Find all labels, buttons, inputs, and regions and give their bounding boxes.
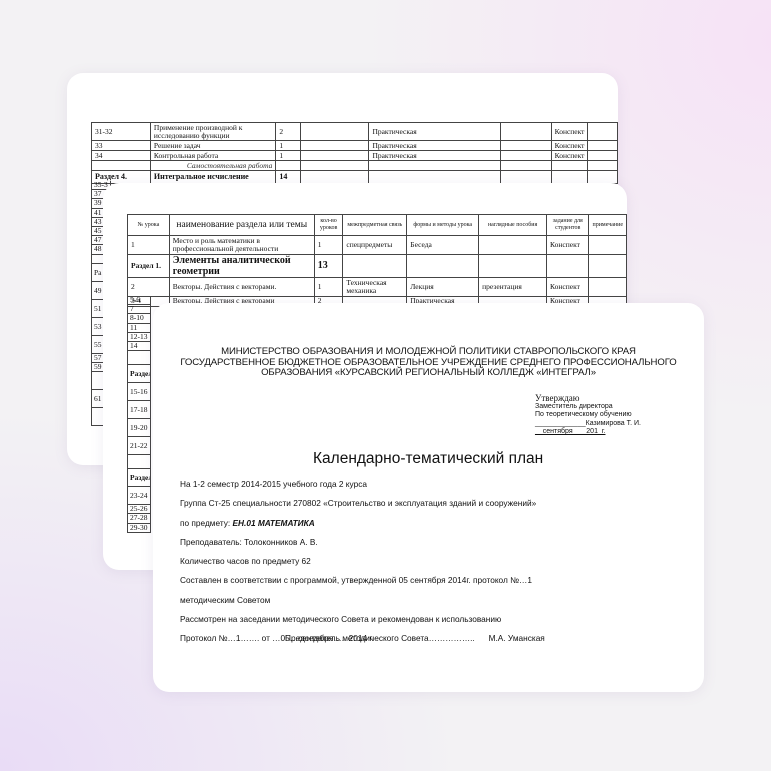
cell-link bbox=[301, 123, 369, 141]
col-header-hours: кол-во уроков bbox=[314, 215, 343, 236]
cell-name: Применение производной к исследованию фу… bbox=[150, 123, 275, 141]
cell-link: Техническая механика bbox=[343, 278, 407, 297]
teacher-line: Преподаватель: Толоконников А. В. bbox=[180, 533, 536, 552]
cell-form: Беседа bbox=[407, 236, 479, 255]
stub-cell: 15-16 bbox=[127, 383, 151, 401]
subject-value: ЕН.01 МАТЕМАТИКА bbox=[233, 518, 315, 528]
cell-aids bbox=[500, 151, 551, 161]
document-title: Календарно-тематический план bbox=[153, 450, 704, 468]
council-line: методическим Советом bbox=[180, 591, 536, 610]
self-work-label: Самостоятельная работа bbox=[150, 161, 275, 171]
cell-number: 1 bbox=[128, 236, 170, 255]
cell-task: Конспект bbox=[551, 141, 588, 151]
cell-hours: 1 bbox=[314, 278, 343, 297]
cell-form: Практическая bbox=[369, 141, 500, 151]
section-row: Раздел 4.Интегральное исчисление14 bbox=[92, 171, 618, 184]
cell-form: Практическая bbox=[369, 123, 500, 141]
cell-note bbox=[588, 141, 618, 151]
table-row: 1 Место и роль математики в профессионал… bbox=[128, 236, 627, 255]
stub-cell: 21-22 bbox=[127, 437, 151, 455]
cell-link bbox=[301, 141, 369, 151]
col-header-links: межпредметная связь bbox=[343, 215, 407, 236]
cell-hours: 2 bbox=[276, 123, 301, 141]
cell-form: Лекция bbox=[407, 278, 479, 297]
stub-cell: Раздел bbox=[127, 365, 151, 383]
table-row: 33Решение задач1ПрактическаяКонспект bbox=[92, 141, 618, 151]
section-name: Элементы аналитической геометрии bbox=[169, 255, 314, 278]
semester-line: На 1-2 семестр 2014-2015 учебного года 2… bbox=[180, 475, 536, 494]
cell-hours: 1 bbox=[276, 151, 301, 161]
subject-line: по предмету: ЕН.01 МАТЕМАТИКА bbox=[180, 514, 536, 533]
col-header-number: № урока bbox=[128, 215, 170, 236]
cell-task: Конспект bbox=[547, 278, 589, 297]
section-row: Раздел 1. Элементы аналитической геометр… bbox=[128, 255, 627, 278]
stub-cell bbox=[127, 351, 151, 365]
chair-signature: Председатель методического Совета……………..… bbox=[285, 633, 545, 643]
cell-task: Конспект bbox=[547, 236, 589, 255]
program-line: Составлен в соответствии с программой, у… bbox=[180, 571, 536, 590]
cell-aids bbox=[500, 141, 551, 151]
stub-cell: 19-20 bbox=[127, 419, 151, 437]
cell-number: 2 bbox=[128, 278, 170, 297]
col-header-aids: наглядные пособия bbox=[479, 215, 547, 236]
cell-note bbox=[588, 151, 618, 161]
self-work-row: Самостоятельная работа bbox=[92, 161, 618, 171]
hours-line: Количество часов по предмету 62 bbox=[180, 552, 536, 571]
header-line: ОБРАЗОВАНИЯ «КУРСАВСКИЙ РЕГИОНАЛЬНЫЙ КОЛ… bbox=[153, 368, 704, 379]
stub-cell: 14 bbox=[127, 342, 151, 351]
cell-topic: Векторы. Действия с векторами. bbox=[169, 278, 314, 297]
cell-link bbox=[301, 151, 369, 161]
subject-label: по предмету: bbox=[180, 518, 233, 528]
cell-task: Конспект bbox=[551, 123, 588, 141]
cell-task: Конспект bbox=[551, 151, 588, 161]
cell-num: 33 bbox=[92, 141, 151, 151]
section-hours: 14 bbox=[276, 171, 301, 184]
lesson-table-continued: 31-32Применение производной к исследован… bbox=[91, 122, 618, 184]
cell-name: Контрольная работа bbox=[150, 151, 275, 161]
cell-hours: 1 bbox=[314, 236, 343, 255]
cell-name: Решение задач bbox=[150, 141, 275, 151]
cell-note bbox=[589, 278, 627, 297]
cell-aids bbox=[500, 123, 551, 141]
table-row: 34Контрольная работа1ПрактическаяКонспек… bbox=[92, 151, 618, 161]
section-label: Раздел 1. bbox=[128, 255, 170, 278]
institution-header: МИНИСТЕРСТВО ОБРАЗОВАНИЯ И МОЛОДЕЖНОЙ ПО… bbox=[153, 347, 704, 379]
stub-cell: 29-30 bbox=[127, 524, 151, 533]
lesson-table: № урока наименование раздела или темы ко… bbox=[127, 214, 627, 307]
cell-hours: 1 bbox=[276, 141, 301, 151]
section-hours: 13 bbox=[314, 255, 343, 278]
approval-position: Заместитель директора bbox=[535, 403, 641, 412]
cell-aids: презентация bbox=[479, 278, 547, 297]
col-header-topic: наименование раздела или темы bbox=[169, 215, 314, 236]
table-row: 2 Векторы. Действия с векторами. 1 Техни… bbox=[128, 278, 627, 297]
table-row-numbers-stub: 5-678-101112-1314Раздел15-1617-1819-2021… bbox=[127, 296, 151, 533]
cell-num: 31-32 bbox=[92, 123, 151, 141]
header-line: МИНИСТЕРСТВО ОБРАЗОВАНИЯ И МОЛОДЕЖНОЙ ПО… bbox=[153, 347, 704, 358]
cell-topic: Место и роль математики в профессиональн… bbox=[169, 236, 314, 255]
col-header-notes: примечание bbox=[589, 215, 627, 236]
table-row: 31-32Применение производной к исследован… bbox=[92, 123, 618, 141]
group-line: Группа Ст-25 специальности 270802 «Строи… bbox=[180, 494, 536, 513]
stub-cell bbox=[127, 455, 151, 469]
cell-link: спецпредметы bbox=[343, 236, 407, 255]
approval-department: По теоретическому обучению bbox=[535, 411, 641, 420]
stub-cell: 23-24 bbox=[127, 487, 151, 505]
approval-date: __сентября ___201_г. bbox=[535, 428, 641, 437]
stub-cell: Раздел bbox=[127, 469, 151, 487]
document-title-page: МИНИСТЕРСТВО ОБРАЗОВАНИЯ И МОЛОДЕЖНОЙ ПО… bbox=[153, 303, 704, 692]
reviewed-line: Рассмотрен на заседании методического Со… bbox=[180, 610, 536, 629]
stub-cell: 17-18 bbox=[127, 401, 151, 419]
cell-form: Практическая bbox=[369, 151, 500, 161]
approval-block: Утверждаю Заместитель директора По теоре… bbox=[535, 394, 641, 437]
table-header-row: № урока наименование раздела или темы ко… bbox=[128, 215, 627, 236]
cell-aids bbox=[479, 236, 547, 255]
col-header-forms: формы и методы урока bbox=[407, 215, 479, 236]
approval-title: Утверждаю bbox=[535, 394, 641, 403]
cell-num: 34 bbox=[92, 151, 151, 161]
section-name: Интегральное исчисление bbox=[150, 171, 275, 184]
cell-note bbox=[589, 236, 627, 255]
plan-details: На 1-2 семестр 2014-2015 учебного года 2… bbox=[180, 475, 536, 649]
col-header-tasks: задание для студентов bbox=[547, 215, 589, 236]
cell-note bbox=[588, 123, 618, 141]
